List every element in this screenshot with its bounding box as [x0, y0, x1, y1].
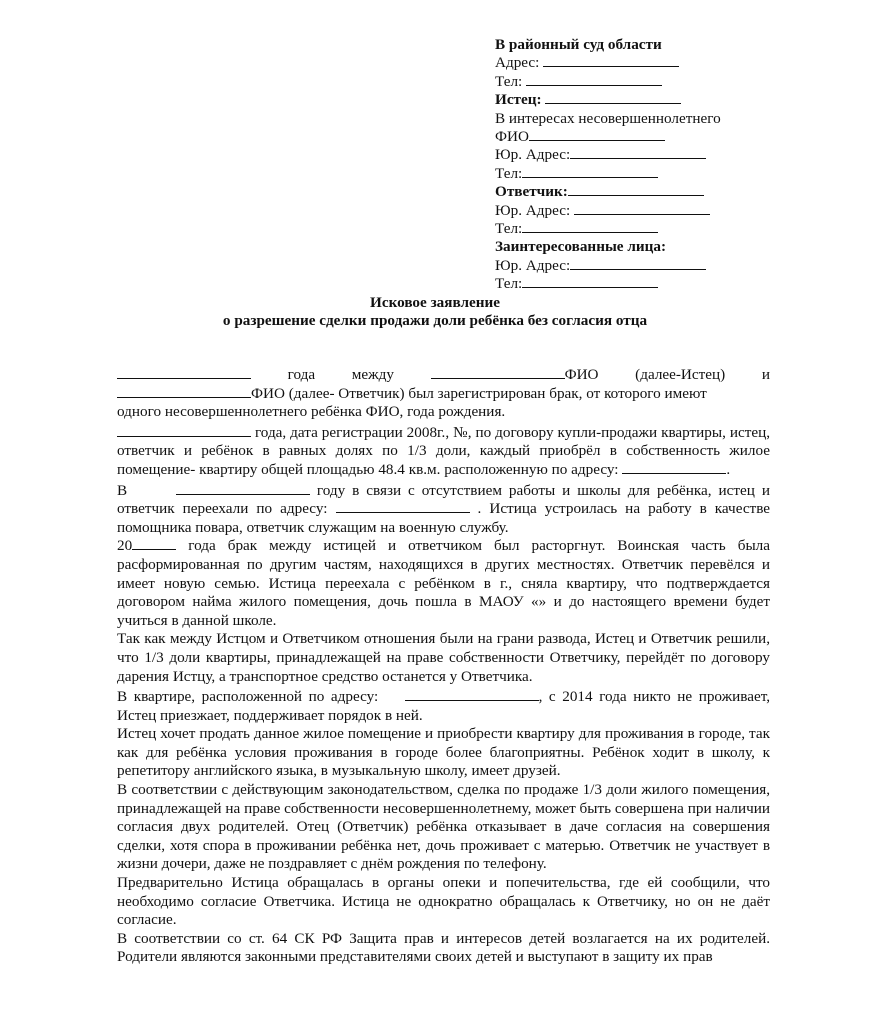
plaintiff-legal-address-line: Юр. Адрес: [495, 146, 795, 164]
title-line-1: Исковое заявление [0, 294, 870, 312]
blank-field [132, 537, 176, 550]
paragraph-8: В соответствии с действующим законодател… [117, 781, 770, 874]
paragraph-3: В году в связи с отсутствием работы и шк… [117, 482, 770, 538]
plaintiff-line: Истец: [495, 91, 795, 109]
addressee-block: В районный суд области Адрес: Тел: Истец… [495, 36, 795, 294]
court-name: В районный суд области [495, 36, 795, 54]
paragraph-6: В квартире, расположенной по адресу: , с… [117, 688, 770, 725]
blank-field [570, 146, 706, 159]
blank-field [176, 482, 310, 495]
blank-field [522, 165, 658, 178]
blank-field [543, 54, 679, 67]
blank-field [117, 385, 251, 398]
blank-field [568, 183, 704, 196]
document-body: года между ФИО (далее-Истец) и ФИО (дале… [117, 366, 770, 967]
document-title: Исковое заявление о разрешение сделки пр… [0, 294, 870, 331]
blank-field [570, 257, 706, 270]
blank-field [117, 424, 251, 437]
court-address-line: Адрес: [495, 54, 795, 72]
blank-field [431, 366, 565, 379]
paragraph-1-line-2: ФИО (далее- Ответчик) был зарегистрирова… [117, 385, 770, 404]
interests-line: В интересах несовершеннолетнего [495, 110, 795, 128]
title-line-2: о разрешение сделки продажи доли ребёнка… [0, 312, 870, 330]
minor-fio-line: ФИО [495, 128, 795, 146]
paragraph-5: Так как между Истцом и Ответчиком отноше… [117, 630, 770, 686]
blank-field [117, 366, 251, 379]
blank-field [574, 202, 710, 215]
defendant-legal-address-line: Юр. Адрес: [495, 202, 795, 220]
blank-field [522, 275, 658, 288]
paragraph-7: Истец хочет продать данное жилое помещен… [117, 725, 770, 781]
blank-field [529, 128, 665, 141]
interested-legal-address-line: Юр. Адрес: [495, 257, 795, 275]
blank-field [526, 73, 662, 86]
interested-parties-label: Заинтересованные лица: [495, 238, 795, 256]
court-phone-line: Тел: [495, 73, 795, 91]
paragraph-1-line-3: одного несовершеннолетнего ребёнка ФИО, … [117, 403, 770, 422]
paragraph-4: 20 года брак между истицей и ответчиком … [117, 537, 770, 630]
defendant-line: Ответчик: [495, 183, 795, 201]
paragraph-9: Предварительно Истица обращалась в орган… [117, 874, 770, 930]
blank-field [405, 688, 539, 701]
blank-field [545, 91, 681, 104]
paragraph-2: года, дата регистрации 2008г., №, по дог… [117, 424, 770, 480]
interested-phone-line: Тел: [495, 275, 795, 293]
blank-field [522, 220, 658, 233]
paragraph-10: В соответствии со ст. 64 СК РФ Защита пр… [117, 930, 770, 967]
blank-field [622, 461, 726, 474]
blank-field [336, 500, 470, 513]
defendant-phone-line: Тел: [495, 220, 795, 238]
plaintiff-phone-line: Тел: [495, 165, 795, 183]
paragraph-1-line-1: года между ФИО (далее-Истец) и [117, 366, 770, 385]
